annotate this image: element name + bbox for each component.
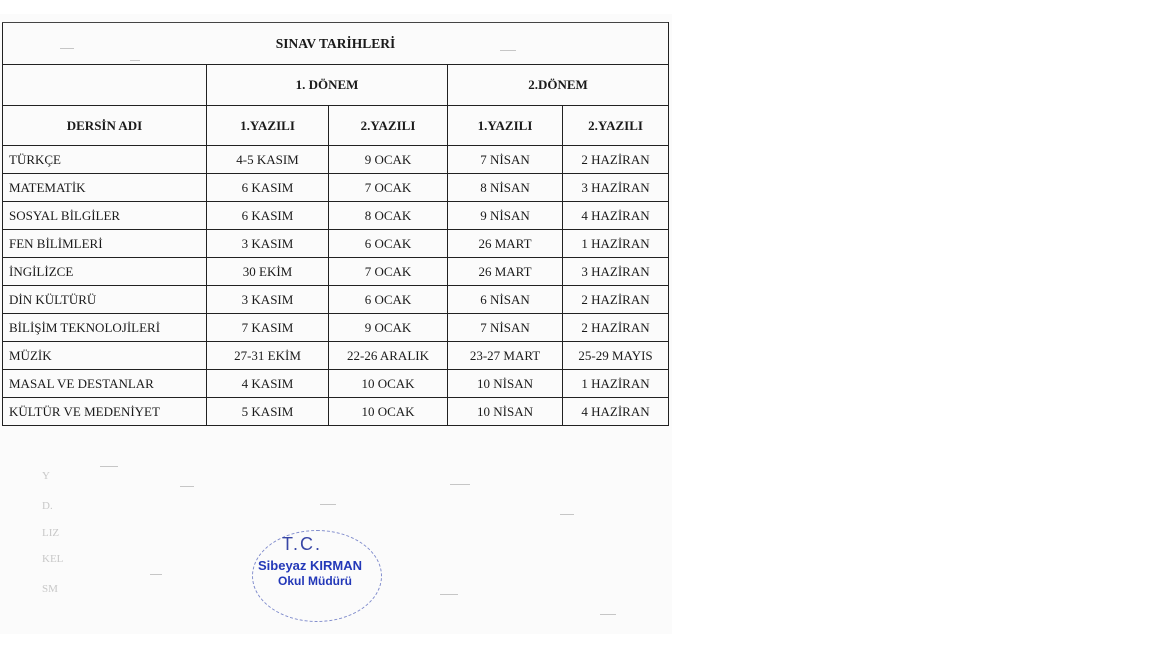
exam-date-cell: 9 NİSAN	[448, 202, 563, 230]
subject-name-cell: BİLİŞİM TEKNOLOJİLERİ	[3, 314, 207, 342]
exam-date-cell: 27-31 EKİM	[207, 342, 329, 370]
table-row: SOSYAL BİLGİLER6 KASIM8 OCAK9 NİSAN4 HAZ…	[3, 202, 669, 230]
column-header-row: DERSİN ADI 1.YAZILI 2.YAZILI 1.YAZILI 2.…	[3, 106, 669, 146]
table-row: FEN BİLİMLERİ3 KASIM6 OCAK26 MART1 HAZİR…	[3, 230, 669, 258]
table-row: BİLİŞİM TEKNOLOJİLERİ7 KASIM9 OCAK7 NİSA…	[3, 314, 669, 342]
column-header-subject: DERSİN ADI	[3, 106, 207, 146]
scan-noise	[560, 514, 574, 515]
exam-schedule-table: SINAV TARİHLERİ 1. DÖNEM 2.DÖNEM DERSİN …	[2, 22, 669, 426]
exam-date-cell: 6 NİSAN	[448, 286, 563, 314]
exam-date-cell: 23-27 MART	[448, 342, 563, 370]
exam-date-cell: 7 OCAK	[329, 174, 448, 202]
scan-noise	[100, 466, 118, 467]
table-row: MATEMATİK6 KASIM7 OCAK8 NİSAN3 HAZİRAN	[3, 174, 669, 202]
scan-noise	[450, 484, 470, 485]
exam-date-cell: 10 NİSAN	[448, 370, 563, 398]
table-row: TÜRKÇE4-5 KASIM9 OCAK7 NİSAN2 HAZİRAN	[3, 146, 669, 174]
exam-date-cell: 25-29 MAYIS	[563, 342, 669, 370]
term-row: 1. DÖNEM 2.DÖNEM	[3, 65, 669, 106]
column-header-term1-exam2: 2.YAZILI	[329, 106, 448, 146]
exam-date-cell: 10 OCAK	[329, 370, 448, 398]
exam-date-cell: 10 OCAK	[329, 398, 448, 426]
exam-date-cell: 4 KASIM	[207, 370, 329, 398]
faint-bleed-text: Y	[42, 470, 50, 482]
exam-date-cell: 3 KASIM	[207, 230, 329, 258]
empty-header-cell	[3, 65, 207, 106]
column-header-term2-exam2: 2.YAZILI	[563, 106, 669, 146]
exam-date-cell: 6 KASIM	[207, 202, 329, 230]
exam-date-cell: 8 OCAK	[329, 202, 448, 230]
exam-date-cell: 9 OCAK	[329, 146, 448, 174]
exam-date-cell: 7 NİSAN	[448, 146, 563, 174]
subject-name-cell: TÜRKÇE	[3, 146, 207, 174]
column-header-term1-exam1: 1.YAZILI	[207, 106, 329, 146]
exam-date-cell: 7 OCAK	[329, 258, 448, 286]
exam-date-cell: 4 HAZİRAN	[563, 398, 669, 426]
exam-date-cell: 9 OCAK	[329, 314, 448, 342]
table-row: KÜLTÜR VE MEDENİYET5 KASIM10 OCAK10 NİSA…	[3, 398, 669, 426]
scan-noise	[150, 574, 162, 575]
stamp-header: T.C.	[282, 534, 322, 555]
scan-noise	[180, 486, 194, 487]
exam-date-cell: 4 HAZİRAN	[563, 202, 669, 230]
faint-bleed-text: LIZ	[42, 527, 59, 539]
exam-date-cell: 22-26 ARALIK	[329, 342, 448, 370]
subject-name-cell: MÜZİK	[3, 342, 207, 370]
term-1-header: 1. DÖNEM	[207, 65, 448, 106]
table-row: MASAL VE DESTANLAR4 KASIM10 OCAK10 NİSAN…	[3, 370, 669, 398]
exam-date-cell: 7 KASIM	[207, 314, 329, 342]
exam-date-cell: 26 MART	[448, 230, 563, 258]
exam-date-cell: 2 HAZİRAN	[563, 286, 669, 314]
exam-date-cell: 1 HAZİRAN	[563, 230, 669, 258]
faint-bleed-text: KEL	[42, 553, 63, 565]
stamp-principal-name: Sibeyaz KIRMAN	[258, 558, 362, 573]
exam-date-cell: 7 NİSAN	[448, 314, 563, 342]
column-header-term2-exam1: 1.YAZILI	[448, 106, 563, 146]
table-row: MÜZİK27-31 EKİM22-26 ARALIK23-27 MART25-…	[3, 342, 669, 370]
exam-date-cell: 4-5 KASIM	[207, 146, 329, 174]
exam-date-cell: 26 MART	[448, 258, 563, 286]
exam-date-cell: 2 HAZİRAN	[563, 146, 669, 174]
exam-date-cell: 3 HAZİRAN	[563, 174, 669, 202]
term-2-header: 2.DÖNEM	[448, 65, 669, 106]
faint-bleed-text: SM	[42, 583, 58, 595]
scan-noise	[600, 614, 616, 615]
document-title: SINAV TARİHLERİ	[3, 23, 669, 65]
exam-date-cell: 3 HAZİRAN	[563, 258, 669, 286]
subject-name-cell: FEN BİLİMLERİ	[3, 230, 207, 258]
subject-name-cell: KÜLTÜR VE MEDENİYET	[3, 398, 207, 426]
subject-name-cell: MATEMATİK	[3, 174, 207, 202]
subject-name-cell: İNGİLİZCE	[3, 258, 207, 286]
subject-name-cell: DİN KÜLTÜRÜ	[3, 286, 207, 314]
table-row: İNGİLİZCE30 EKİM7 OCAK26 MART3 HAZİRAN	[3, 258, 669, 286]
exam-date-cell: 6 KASIM	[207, 174, 329, 202]
exam-date-cell: 1 HAZİRAN	[563, 370, 669, 398]
exam-date-cell: 30 EKİM	[207, 258, 329, 286]
exam-date-cell: 6 OCAK	[329, 230, 448, 258]
exam-date-cell: 6 OCAK	[329, 286, 448, 314]
exam-date-cell: 10 NİSAN	[448, 398, 563, 426]
exam-date-cell: 2 HAZİRAN	[563, 314, 669, 342]
exam-date-cell: 5 KASIM	[207, 398, 329, 426]
scan-noise	[440, 594, 458, 595]
exam-date-cell: 3 KASIM	[207, 286, 329, 314]
faint-bleed-text: D.	[42, 500, 53, 512]
title-row: SINAV TARİHLERİ	[3, 23, 669, 65]
subject-name-cell: SOSYAL BİLGİLER	[3, 202, 207, 230]
stamp-principal-role: Okul Müdürü	[278, 574, 352, 588]
exam-date-cell: 8 NİSAN	[448, 174, 563, 202]
subject-name-cell: MASAL VE DESTANLAR	[3, 370, 207, 398]
page: SINAV TARİHLERİ 1. DÖNEM 2.DÖNEM DERSİN …	[0, 0, 1150, 646]
table-row: DİN KÜLTÜRÜ3 KASIM6 OCAK6 NİSAN2 HAZİRAN	[3, 286, 669, 314]
scan-noise	[320, 504, 336, 505]
